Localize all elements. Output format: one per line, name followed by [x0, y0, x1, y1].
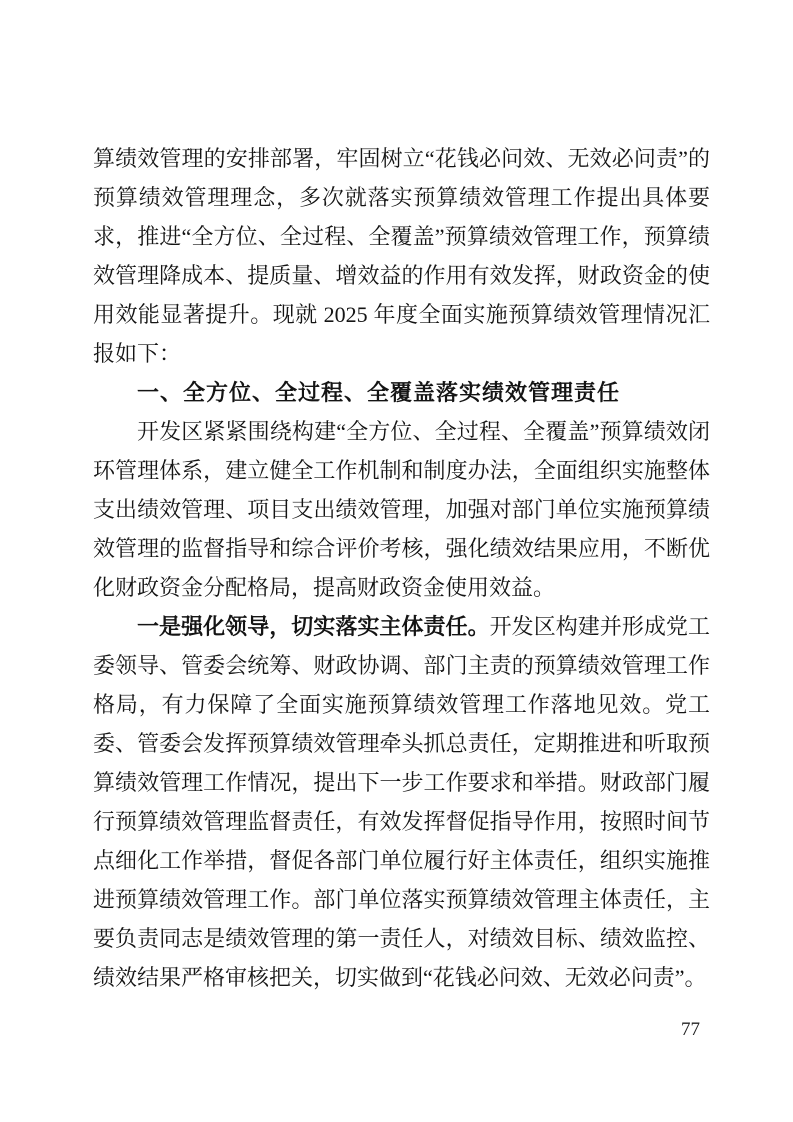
- document-body: 算绩效管理的安排部署，牢固树立“花钱必问效、无效必问责”的预算绩效管理理念，多次…: [93, 139, 710, 997]
- paragraph: 开发区紧紧围绕构建“全方位、全过程、全覆盖”预算绩效闭环管理体系，建立健全工作机…: [93, 412, 710, 607]
- text-run: 一、全方位、全过程、全覆盖落实绩效管理责任: [137, 380, 620, 405]
- paragraph-continuation: 算绩效管理的安排部署，牢固树立“花钱必问效、无效必问责”的预算绩效管理理念，多次…: [93, 139, 710, 373]
- text-run: 开发区紧紧围绕构建“全方位、全过程、全覆盖”预算绩效闭环管理体系，建立健全工作机…: [93, 419, 710, 600]
- document-page: 算绩效管理的安排部署，牢固树立“花钱必问效、无效必问责”的预算绩效管理理念，多次…: [0, 0, 793, 1122]
- page-number: 77: [93, 1017, 700, 1043]
- text-run: 一是强化领导，切实落实主体责任。: [137, 614, 490, 639]
- section-heading: 一、全方位、全过程、全覆盖落实绩效管理责任: [93, 373, 710, 412]
- text-run: 开发区构建并形成党工委领导、管委会统筹、财政协调、部门主责的预算绩效管理工作格局…: [93, 614, 710, 990]
- text-run: 算绩效管理的安排部署，牢固树立“花钱必问效、无效必问责”的预算绩效管理理念，多次…: [93, 146, 710, 366]
- paragraph: 一是强化领导，切实落实主体责任。开发区构建并形成党工委领导、管委会统筹、财政协调…: [93, 607, 710, 997]
